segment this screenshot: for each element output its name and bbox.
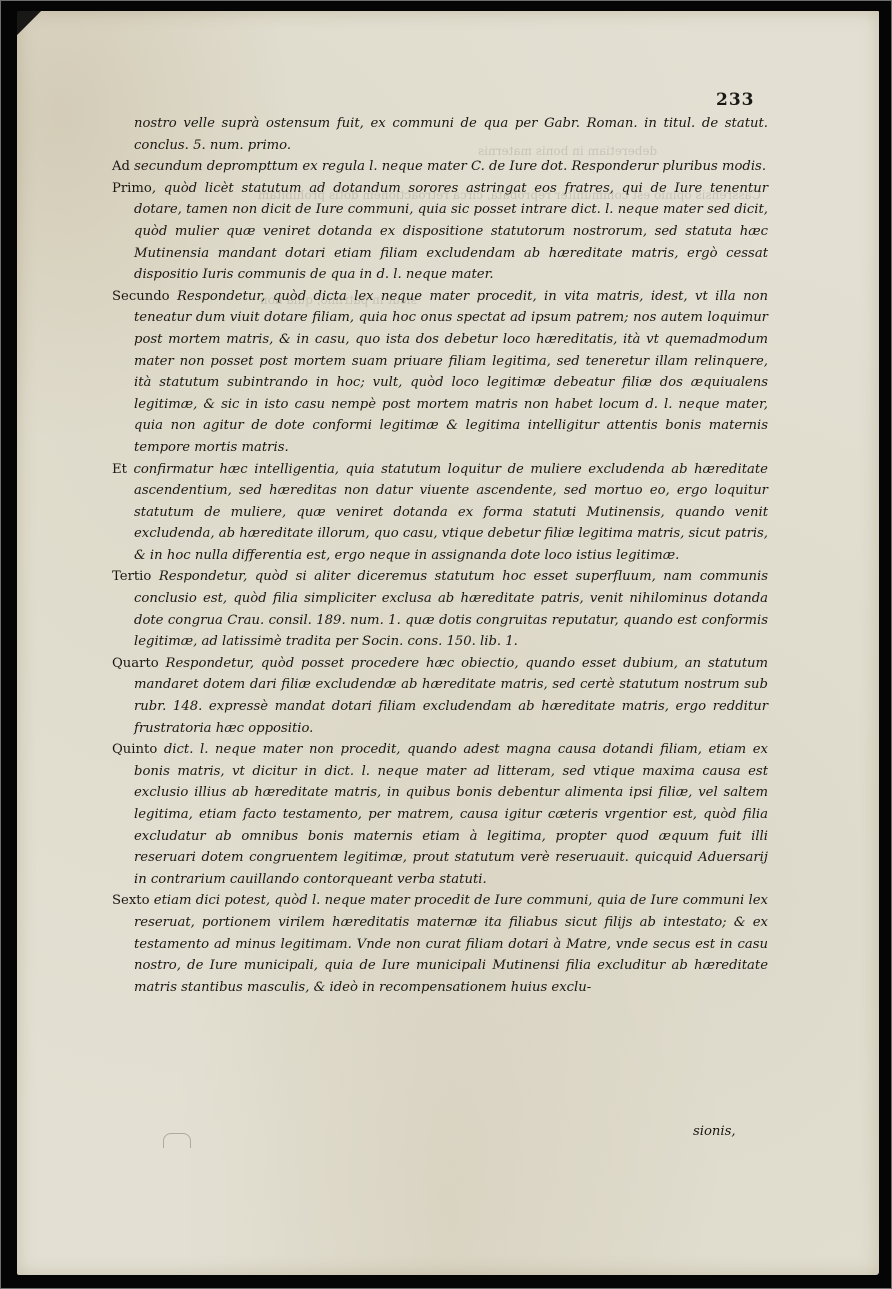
paragraph-lead: Quarto (112, 656, 159, 671)
paragraph-text: Respondetur, quòd dicta lex neque mater … (134, 289, 768, 455)
paragraph-text: Respondetur, quòd posset procedere hæc o… (134, 656, 768, 736)
catchword: sionis, (693, 1124, 736, 1139)
paragraph-primo: Primo, quòd licèt statutum ad dotandum s… (112, 178, 768, 286)
page-number: 233 (716, 90, 755, 110)
paragraph-tertio: Tertio Respondetur, quòd si aliter dicer… (112, 566, 768, 652)
paragraph-text: Respondetur, quòd si aliter diceremus st… (134, 569, 768, 649)
torn-corner (17, 11, 57, 39)
paragraph-text: dict. l. neque mater non procedit, quand… (134, 742, 768, 887)
paragraph-lead: Ad (112, 159, 130, 174)
paragraph-text: secundum deprompttum ex regula l. neque … (130, 159, 766, 174)
paragraph-lead: Sexto (112, 893, 150, 908)
ink-mark (163, 1133, 191, 1148)
paragraph-text: , quòd licèt statutum ad dotandum sorore… (134, 181, 768, 282)
paragraph-text: nostro velle suprà ostensum fuit, ex com… (134, 116, 768, 153)
paragraph-sexto: Sexto etiam dici potest, quòd l. neque m… (112, 890, 768, 998)
paragraph-continuation: nostro velle suprà ostensum fuit, ex com… (112, 113, 768, 156)
paragraph-lead: Secundo (112, 289, 170, 304)
paragraph-text: confirmatur hæc intelligentia, quia stat… (127, 462, 768, 563)
body-text: nostro velle suprà ostensum fuit, ex com… (112, 113, 768, 998)
paragraph-lead: Quinto (112, 742, 157, 757)
paragraph-secundo: Secundo Respondetur, quòd dicta lex nequ… (112, 286, 768, 459)
paragraph-lead: Tertio (112, 569, 151, 584)
paragraph-text: etiam dici potest, quòd l. neque mater p… (134, 893, 768, 994)
paragraph-lead: Primo (112, 181, 152, 196)
paragraph-quinto: Quinto dict. l. neque mater non procedit… (112, 739, 768, 890)
paragraph-ad-secundum: Ad secundum deprompttum ex regula l. neq… (112, 156, 768, 178)
paragraph-quarto: Quarto Respondetur, quòd posset proceder… (112, 653, 768, 739)
paragraph-lead: Et (112, 462, 127, 477)
paragraph-et-confirmatur: Et confirmatur hæc intelligentia, quia s… (112, 459, 768, 567)
